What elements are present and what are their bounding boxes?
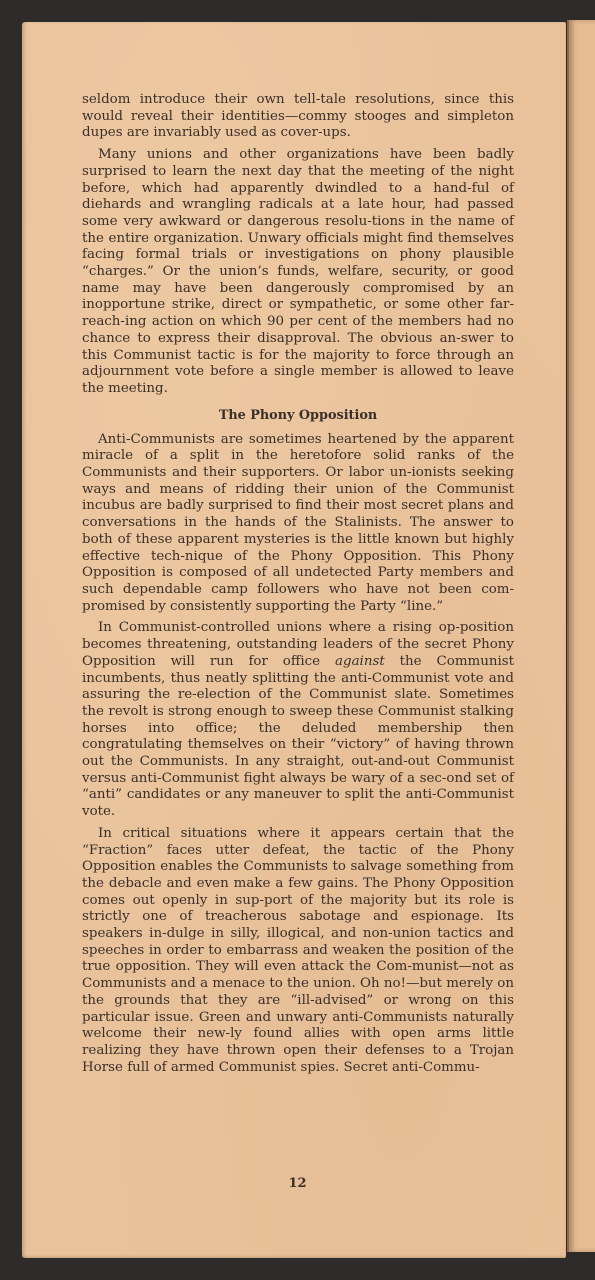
paragraph-unions-surprised: Many unions and other organizations have… — [82, 147, 514, 398]
italic-emphasis: against — [335, 654, 385, 669]
text-column: seldom introduce their own tell-tale res… — [82, 92, 514, 1076]
paragraph-text-part: the Communist incumbents, thus neatly sp… — [82, 654, 514, 819]
page-number: 12 — [0, 1176, 595, 1191]
paragraph-anti-communists-heartened: Anti-Communists are sometimes heartened … — [82, 432, 514, 616]
adjacent-page-edge — [567, 20, 595, 1252]
section-heading: The Phony Opposition — [82, 408, 514, 424]
paragraph-communist-controlled-unions: In Communist-controlled unions where a r… — [82, 620, 514, 820]
paragraph-critical-situations: In critical situations where it appears … — [82, 826, 514, 1077]
paragraph-continued: seldom introduce their own tell-tale res… — [82, 92, 514, 142]
